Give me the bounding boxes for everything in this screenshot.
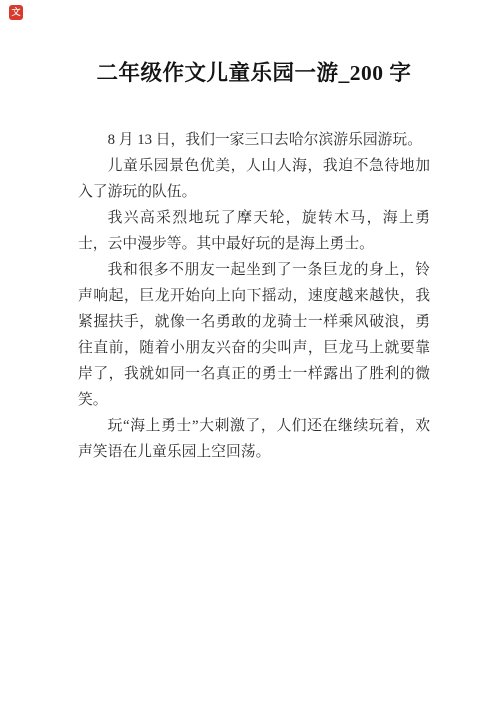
essay-paragraph: 我兴高采烈地玩了摩天轮，旋转木马，海上勇士，云中漫步等。其中最好玩的是海上勇士。 — [78, 205, 430, 257]
essay-paragraph: 我和很多不朋友一起坐到了一条巨龙的身上，铃声响起，巨龙开始向上向下摇动，速度越来… — [78, 257, 430, 413]
essay-title: 二年级作文儿童乐园一游_200 字 — [74, 56, 434, 90]
red-doc-logo-icon: 文 — [9, 5, 23, 20]
essay-body: 8 月 13 日，我们一家三口去哈尔滨游乐园游玩。儿童乐园景色优美，人山人海，我… — [78, 127, 430, 465]
essay-paragraph: 玩“海上勇士”大刺激了，人们还在继续玩着，欢声笑语在儿童乐园上空回荡。 — [78, 413, 430, 465]
document-page: 文 二年级作文儿童乐园一游_200 字 8 月 13 日，我们一家三口去哈尔滨游… — [0, 0, 500, 708]
essay-paragraph: 儿童乐园景色优美，人山人海，我迫不急待地加入了游玩的队伍。 — [78, 153, 430, 205]
essay-paragraph: 8 月 13 日，我们一家三口去哈尔滨游乐园游玩。 — [78, 127, 430, 153]
